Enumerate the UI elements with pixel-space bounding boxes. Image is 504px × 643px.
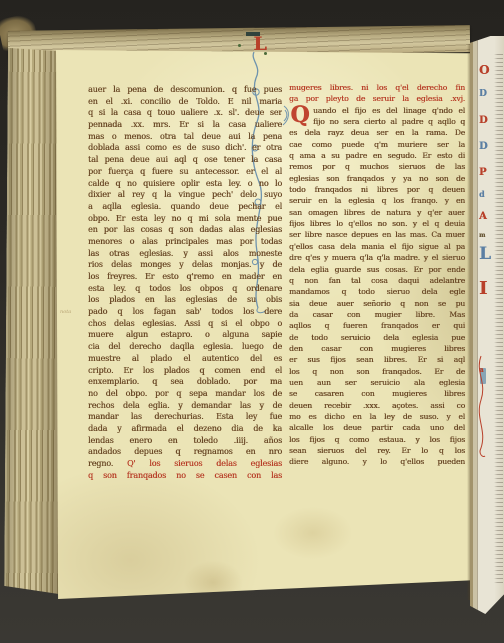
- text-segment: den casar con mugieres libres: [289, 344, 465, 353]
- text-segment: las otras eglesias. y assi alos moneste: [88, 249, 282, 258]
- fore-edge-initial: I: [479, 280, 487, 298]
- header-dot-icon: [238, 44, 241, 47]
- fore-edge-initial: D: [479, 116, 488, 126]
- text-line: seruir en la eglesia q los franqo. y en: [289, 195, 465, 206]
- text-segment: mandamos q todo sieruo dela egle: [289, 287, 465, 296]
- text-line: diere alguno. y lo q'ellos pueden: [289, 456, 465, 467]
- gutter-shading: [4, 48, 62, 597]
- text-line: rios delas monges y delas monjas. y de: [88, 259, 282, 271]
- text-segment: obpo. Er esta ley no q mi sola mente pue: [88, 214, 282, 223]
- text-line: se casaren con mugieres libres: [289, 388, 465, 399]
- text-line: deuen recebir .xxx. açotes. assi co: [289, 400, 465, 411]
- text-line: remos por q muchos sieruos de las: [289, 161, 465, 172]
- text-segment: lendas enero en toledo .iiij. años: [88, 436, 282, 445]
- text-segment: se casaren con mugieres libres: [289, 389, 465, 398]
- text-segment: por fuerça q fuere su antecessor. er el …: [88, 167, 282, 176]
- text-line: mandar las derechurias. Esta ley fue: [88, 411, 282, 423]
- text-segment: aqllos q fueren franqados er qui: [289, 321, 465, 330]
- text-segment: muere algun estapro. o alguna sapie: [88, 330, 282, 339]
- text-segment: sean sieruos del rey. Er lo q los: [289, 446, 465, 455]
- text-segment: uen aun ser seruicio ala eglesia: [289, 378, 465, 387]
- fore-edge-initial: O: [479, 64, 489, 76]
- text-segment: dre q'es y muera q'la q'la madre. y el s…: [289, 253, 465, 262]
- text-segment: los fijos q como estaua. y los fijos: [289, 435, 465, 444]
- text-line: q son franqados no se casen con las: [88, 470, 282, 482]
- text-segment: pado q los fagan sab' todos los dere: [88, 307, 282, 316]
- text-line: uando el fijo es del linage q'ndo el: [289, 105, 465, 116]
- text-line: dela eglia guarde sus cosas. Er por ende: [289, 264, 465, 275]
- text-segment: ser libre nasce depues en las mas. Ca mu…: [289, 230, 465, 239]
- text-segment: uando el fijo es del linage q'ndo el: [313, 106, 465, 115]
- text-line: cia del derecho daqlla eglesia. luego de: [88, 341, 282, 353]
- fore-edge-strip: ODDDPdAmLIa: [470, 36, 504, 614]
- text-line: sean sieruos del rey. Er lo q los: [289, 445, 465, 456]
- text-segment: es dela rayz deua ser en la rama. De: [289, 128, 465, 137]
- text-line: las otras eglesias. y assi alos moneste: [88, 248, 282, 260]
- text-segment: deuen recebir .xxx. açotes. assi co: [289, 401, 465, 410]
- text-line: alcalle los deue partir cada uno del: [289, 422, 465, 433]
- fore-edge-initial: D: [479, 90, 487, 99]
- text-line: cae como puede q'm muriere ser la: [289, 139, 465, 150]
- text-line: ser libre nasce depues en las mas. Ca mu…: [289, 229, 465, 240]
- text-line: ga por pleyto de seruir la eglesia .xvj.: [289, 93, 465, 104]
- text-segment: menores o alas principales mas por todas: [88, 237, 282, 246]
- text-segment: seruir en la eglesia q los franqo. y en: [289, 196, 465, 205]
- text-segment: da casar con mugier libre. Mas: [289, 310, 465, 319]
- text-line: los plados en las eglesias de su obis: [88, 294, 282, 306]
- text-segment: er sus fijos sean libres. Er si aql: [289, 355, 465, 364]
- text-line: a aqlla eglesia. quando deue pechar el: [88, 201, 282, 213]
- text-line: los fijos q como estaua. y los fijos: [289, 434, 465, 445]
- text-segment: chos delas eglesias. Assi q si el obpo o: [88, 319, 282, 328]
- text-line: auer la pena de descomunion. q fue pues: [88, 84, 282, 96]
- text-line: dada y afirmada el dezeno dia de ka: [88, 423, 282, 435]
- text-segment: sia deue auer señorio q non se pu: [289, 299, 465, 308]
- text-line: mugeres libres. ni los q'el derecho fin: [289, 82, 465, 93]
- text-line: andados depues q regnamos en nro: [88, 446, 282, 458]
- margin-note: nota: [60, 309, 86, 315]
- text-line: los freyres. Er esto q'remo en mader en: [88, 271, 282, 283]
- text-line: mo es dicho en la ley de suso. y el: [289, 411, 465, 422]
- text-line: obpo. Er esta ley no q mi sola mente pue: [88, 213, 282, 225]
- text-line: en por las cosas q son dadas alas eglesi…: [88, 224, 282, 236]
- text-line: muestre al plado el autentico del es: [88, 353, 282, 365]
- fore-edge-initial: m: [479, 233, 485, 239]
- text-line: uen aun ser seruicio ala eglesia: [289, 377, 465, 388]
- text-segment: rechos dela eglia. y demandar las y de: [88, 401, 282, 410]
- text-segment: Q' los sieruos delas eglesias: [127, 459, 282, 468]
- text-line: den casar con mugieres libres: [289, 343, 465, 354]
- text-line: lendas enero en toledo .iiij. años: [88, 435, 282, 447]
- fore-edge-initial: A: [479, 212, 487, 222]
- text-segment: diere alguno. y lo q'ellos pueden: [289, 457, 465, 466]
- text-line: q si la casa q touo ualiere .x. sl'. deu…: [88, 107, 282, 119]
- text-line: dixier al rey q la vingue pech' delo suy…: [88, 189, 282, 201]
- text-segment: de todo seruicio dela eglesia pue: [289, 333, 465, 342]
- header-ornament-bar: [246, 32, 260, 36]
- text-segment: en por las cosas q son dadas alas eglesi…: [88, 225, 282, 234]
- text-segment: mugeres libres. ni los q'el derecho fin: [289, 83, 465, 92]
- fore-edge-text-fragments: [494, 54, 503, 586]
- text-segment: dada y afirmada el dezeno dia de ka: [88, 424, 282, 433]
- text-segment: mo es dicho en la ley de suso. y el: [289, 412, 465, 421]
- text-segment: alcalle los deue partir cada uno del: [289, 423, 465, 432]
- text-line: eglesias son franqados y ya no son de: [289, 173, 465, 184]
- text-segment: q ama a su padre en segudo. Er esto di: [289, 151, 465, 160]
- text-line: mas o menos. otra tal deue aui la pena: [88, 131, 282, 143]
- text-line: pennada .xx. mrs. Er si la casa ualiere: [88, 119, 282, 131]
- text-segment: cae como puede q'm muriere ser la: [289, 140, 465, 149]
- text-line: enxemplario. q sea doblado. por ma: [88, 376, 282, 388]
- text-segment: todo franqados ni libres por q deuen: [289, 185, 465, 194]
- text-line: muere algun estapro. o alguna sapie: [88, 329, 282, 341]
- text-line: fijos libres lo q'ellos no son. y el q d…: [289, 218, 465, 229]
- text-segment: en el .xi. concilio de Toldo. E nil mari…: [88, 97, 282, 106]
- text-line: los q non son franqados. Er de: [289, 366, 465, 377]
- text-segment: tal pena deue aui aql q ose tener la cas…: [88, 155, 282, 164]
- text-line: q ama a su padre en segudo. Er esto di: [289, 150, 465, 161]
- text-line: q non fan tal cosa daqui adelantre: [289, 275, 465, 286]
- text-segment: mandar las derechurias. Esta ley fue: [88, 412, 282, 421]
- text-line: es dela rayz deua ser en la rama. De: [289, 127, 465, 138]
- text-line: san omagen libres de natura y q'er auer: [289, 207, 465, 218]
- text-segment: los plados en las eglesias de su obis: [88, 295, 282, 304]
- text-line: de todo seruicio dela eglesia pue: [289, 332, 465, 343]
- text-segment: q non fan tal cosa daqui adelantre: [289, 276, 465, 285]
- text-line: cripto. Er los plados q comen end el: [88, 365, 282, 377]
- gutter-page-edges: [4, 48, 62, 597]
- text-segment: esta ley. q todos los obpos q ordenare: [88, 284, 282, 293]
- text-segment: muestre al plado el autentico del es: [88, 354, 282, 363]
- text-segment: doblada assi como es de suso dich'. er o…: [88, 143, 282, 152]
- fore-edge-initial: P: [479, 168, 487, 178]
- text-segment: andados depues q regnamos en nro: [88, 447, 282, 456]
- text-line: todo franqados ni libres por q deuen: [289, 184, 465, 195]
- text-segment: calde q no quisiere oplir esta ley. o no…: [88, 179, 282, 188]
- fore-edge-crease: [477, 36, 478, 614]
- text-segment: rios delas monges y delas monjas. y de: [88, 260, 282, 269]
- text-segment: eglesias son franqados y ya no son de: [289, 174, 465, 183]
- text-segment: cia del derecho daqlla eglesia. luego de: [88, 342, 282, 351]
- text-line: er sus fijos sean libres. Er si aql: [289, 354, 465, 365]
- text-segment: q'ellos casa dela mania el fijo sigue al…: [289, 242, 465, 251]
- text-line: da casar con mugier libre. Mas: [289, 309, 465, 320]
- text-segment: no del obpo. por q sepa mandar los de: [88, 389, 282, 398]
- text-segment: remos por q muchos sieruos de las: [289, 162, 465, 171]
- text-line: rechos dela eglia. y demandar las y de: [88, 400, 282, 412]
- text-segment: fijo no sera cierto al padre q aqllo q: [313, 117, 465, 126]
- text-segment: enxemplario. q sea doblado. por ma: [88, 377, 282, 386]
- text-segment: fijos libres lo q'ellos no son. y el q d…: [289, 219, 465, 228]
- text-line: no del obpo. por q sepa mandar los de: [88, 388, 282, 400]
- text-line: menores o alas principales mas por todas: [88, 236, 282, 248]
- text-segment: auer la pena de descomunion. q fue pues: [88, 85, 282, 94]
- text-segment: mas o menos. otra tal deue aui la pena: [88, 132, 282, 141]
- fore-edge-red-flourish-icon: [472, 352, 492, 462]
- text-segment: q son franqados no se casen con las: [88, 471, 282, 480]
- text-segment: cripto. Er los plados q comen end el: [88, 366, 282, 375]
- text-segment: dela eglia guarde sus cosas. Er por ende: [289, 265, 465, 274]
- text-line: tal pena deue aui aql q ose tener la cas…: [88, 154, 282, 166]
- text-line: regno. Q' los sieruos delas eglesias: [88, 458, 282, 470]
- text-line: esta ley. q todos los obpos q ordenare: [88, 283, 282, 295]
- text-segment: pennada .xx. mrs. Er si la casa ualiere: [88, 120, 282, 129]
- text-segment: los q non son franqados. Er de: [289, 367, 465, 376]
- fore-edge-initial: d: [479, 190, 485, 198]
- manuscript-photo: L auer la pena de descomunion. q fue pue…: [0, 0, 504, 643]
- text-line: en el .xi. concilio de Toldo. E nil mari…: [88, 96, 282, 108]
- text-line: chos delas eglesias. Assi q si el obpo o: [88, 318, 282, 330]
- text-line: pado q los fagan sab' todos los dere: [88, 306, 282, 318]
- text-segment: regno.: [88, 459, 127, 468]
- text-line: doblada assi como es de suso dich'. er o…: [88, 142, 282, 154]
- text-line: por fuerça q fuere su antecessor. er el …: [88, 166, 282, 178]
- fore-edge-initial: D: [479, 142, 488, 152]
- text-line: aqllos q fueren franqados er qui: [289, 320, 465, 331]
- text-segment: q si la casa q touo ualiere .x. sl'. deu…: [88, 108, 282, 117]
- text-segment: dixier al rey q la vingue pech' delo suy…: [88, 190, 282, 199]
- left-text-column: auer la pena de descomunion. q fue puese…: [88, 84, 282, 481]
- text-segment: ga por pleyto de seruir la eglesia .xvj.: [289, 94, 465, 103]
- text-line: fijo no sera cierto al padre q aqllo q: [289, 116, 465, 127]
- text-line: sia deue auer señorio q non se pu: [289, 298, 465, 309]
- fore-edge-initial: L: [479, 246, 491, 263]
- text-segment: san omagen libres de natura y q'er auer: [289, 208, 465, 217]
- text-segment: a aqlla eglesia. quando deue pechar el: [88, 202, 282, 211]
- text-segment: los freyres. Er esto q'remo en mader en: [88, 272, 282, 281]
- text-line: q'ellos casa dela mania el fijo sigue al…: [289, 241, 465, 252]
- text-line: dre q'es y muera q'la q'la madre. y el s…: [289, 252, 465, 263]
- text-line: calde q no quisiere oplir esta ley. o no…: [88, 178, 282, 190]
- text-line: mandamos q todo sieruo dela egle: [289, 286, 465, 297]
- right-text-column: mugeres libres. ni los q'el derecho fing…: [289, 82, 465, 468]
